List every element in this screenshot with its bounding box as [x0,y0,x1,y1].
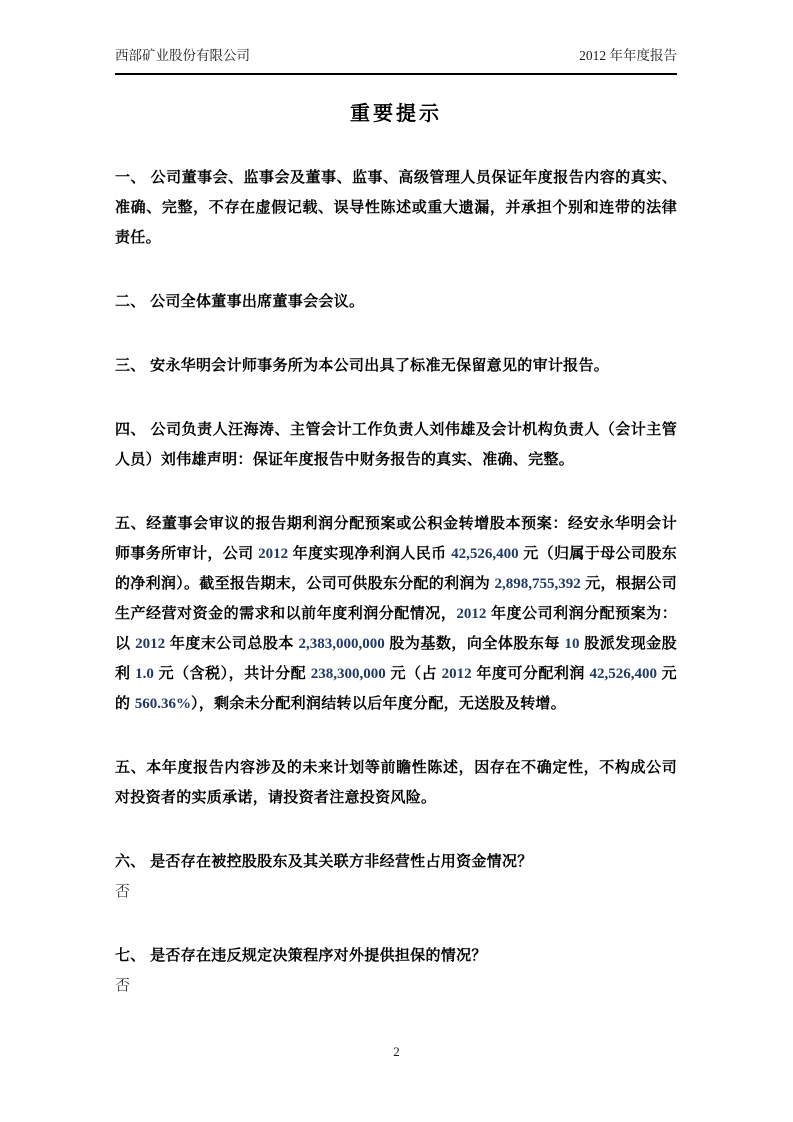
numeric-value: 10 [565,636,580,652]
page-header: 西部矿业股份有限公司 2012 年年度报告 [115,46,677,75]
text-run: 年度可分配利润 [472,665,590,682]
text-run: 元（占 [386,665,442,682]
numeric-value: 2012 [135,636,165,652]
question-item-6: 六、 是否存在被控股股东及其关联方非经营性占用资金情况？ [115,847,677,877]
numeric-value: 2012 [456,606,486,622]
text-run: 四、 公司负责人汪海涛、主管会计工作负责人刘伟雄及会计机构负责人（会计主管人员）… [115,421,677,468]
text-run: 年度末公司总股本 [165,635,298,652]
numeric-value: 42,526,400 [590,666,658,682]
question-item-7: 七、 是否存在违反规定决策程序对外提供担保的情况？ [115,941,677,971]
paragraph-item-3: 三、 安永华明会计师事务所为本公司出具了标准无保留意见的审计报告。 [115,351,677,381]
answer-item-6: 否 [115,877,677,907]
section-title: 重要提示 [115,101,677,127]
page-number: 2 [0,1044,793,1060]
text-run: 三、 安永华明会计师事务所为本公司出具了标准无保留意见的审计报告。 [115,357,609,374]
numeric-value: 2012 [442,666,472,682]
header-report-title: 2012 年年度报告 [579,46,677,66]
document-body: 一、 公司董事会、监事会及董事、监事、高级管理人员保证年度报告内容的真实、准确、… [115,163,677,1001]
numeric-value: 238,300,000 [311,666,386,682]
text-run: 元（含税），共计分配 [154,665,311,682]
paragraph-item-5-forward-looking: 五、本年度报告内容涉及的未来计划等前瞻性陈述，因存在不确定性，不构成公司对投资者… [115,753,677,813]
numeric-value: 2012 [258,546,288,562]
numeric-value: 2,383,000,000 [298,636,384,652]
numeric-value: 560.36% [135,696,191,712]
text-run: 五、本年度报告内容涉及的未来计划等前瞻性陈述，因存在不确定性，不构成公司对投资者… [115,759,677,806]
header-company-name: 西部矿业股份有限公司 [115,46,250,66]
text-run: ），剩余未分配利润结转以后年度分配，无送股及转增。 [191,695,566,712]
text-run: 年度实现净利润人民币 [288,545,451,562]
question-block-6: 六、 是否存在被控股股东及其关联方非经营性占用资金情况？ 否 [115,847,677,907]
paragraph-item-2: 二、 公司全体董事出席董事会会议。 [115,287,677,317]
answer-item-7: 否 [115,971,677,1001]
paragraph-item-1: 一、 公司董事会、监事会及董事、监事、高级管理人员保证年度报告内容的真实、准确、… [115,163,677,253]
numeric-value: 1.0 [135,666,154,682]
text-run: 股为基数，向全体股东每 [385,635,565,652]
text-run: 一、 公司董事会、监事会及董事、监事、高级管理人员保证年度报告内容的真实、准确、… [115,169,677,246]
text-run: 六、 是否存在被控股股东及其关联方非经营性占用资金情况？ [115,853,533,870]
text-run: 二、 公司全体董事出席董事会会议。 [115,293,364,310]
question-block-7: 七、 是否存在违反规定决策程序对外提供担保的情况？ 否 [115,941,677,1001]
numeric-value: 2,898,755,392 [494,576,580,592]
paragraph-item-5-profit-distribution: 五、经董事会审议的报告期利润分配预案或公积金转增股本预案：经安永华明会计师事务所… [115,509,677,719]
report-page: 西部矿业股份有限公司 2012 年年度报告 重要提示 一、 公司董事会、监事会及… [0,0,793,1122]
numeric-value: 42,526,400 [451,546,519,562]
text-run: 七、 是否存在违反规定决策程序对外提供担保的情况？ [115,947,487,964]
paragraph-item-4: 四、 公司负责人汪海涛、主管会计工作负责人刘伟雄及会计机构负责人（会计主管人员）… [115,415,677,475]
